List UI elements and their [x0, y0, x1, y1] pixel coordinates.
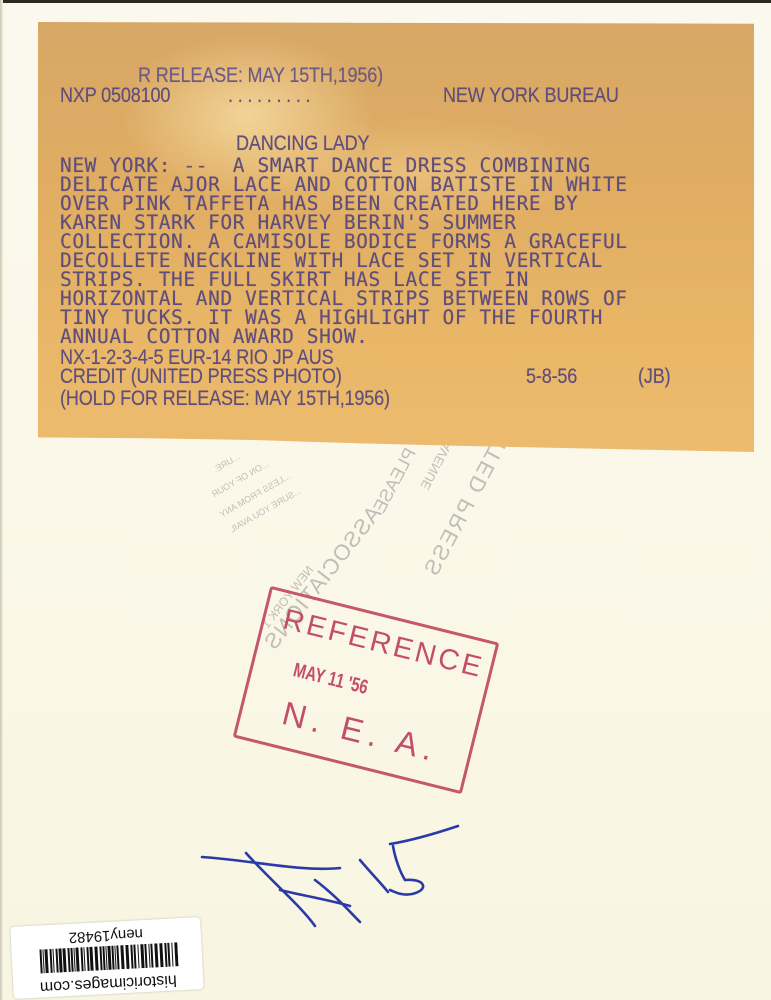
archive-barcode-label: historicimages.com neny19482 [10, 917, 204, 999]
handwritten-annotation [190, 820, 480, 930]
scan-edge-top [0, 0, 771, 3]
release-footer: (HOLD FOR RELEASE: MAY 15TH,1956) [60, 389, 390, 408]
headline: DANCING LADY [236, 134, 369, 153]
ghost-avenue: AVENUE [417, 439, 455, 492]
body-line: ANNUAL COTTON AWARD SHOW. [60, 327, 369, 346]
reference-stamp: REFERENCE MAY 11 '56 N. E. A. [233, 586, 500, 794]
ghost-notice-0: ...URE. [211, 451, 241, 474]
ghost-please: PLEASE [369, 445, 420, 517]
operator-initials: (JB) [638, 367, 670, 386]
reference-stamp-org: N. E. A. [278, 694, 442, 770]
press-caption-sheet: R RELEASE: MAY 15TH,1956) NXP 0508100 . … [38, 22, 754, 452]
photo-credit: CREDIT (UNITED PRESS PHOTO) [60, 367, 342, 386]
date-code: 5-8-56 [526, 367, 577, 386]
barcode-icon [37, 942, 178, 973]
release-header-partial: R RELEASE: MAY 15TH,1956) [138, 66, 383, 85]
bureau-label: NEW YORK BUREAU [443, 86, 619, 105]
scan-edge-left [0, 0, 3, 1000]
reference-stamp-date: MAY 11 '56 [291, 659, 370, 700]
leader-dots: . . . . . . . . . [228, 86, 310, 105]
negative-number: NXP 0508100 [60, 86, 170, 105]
